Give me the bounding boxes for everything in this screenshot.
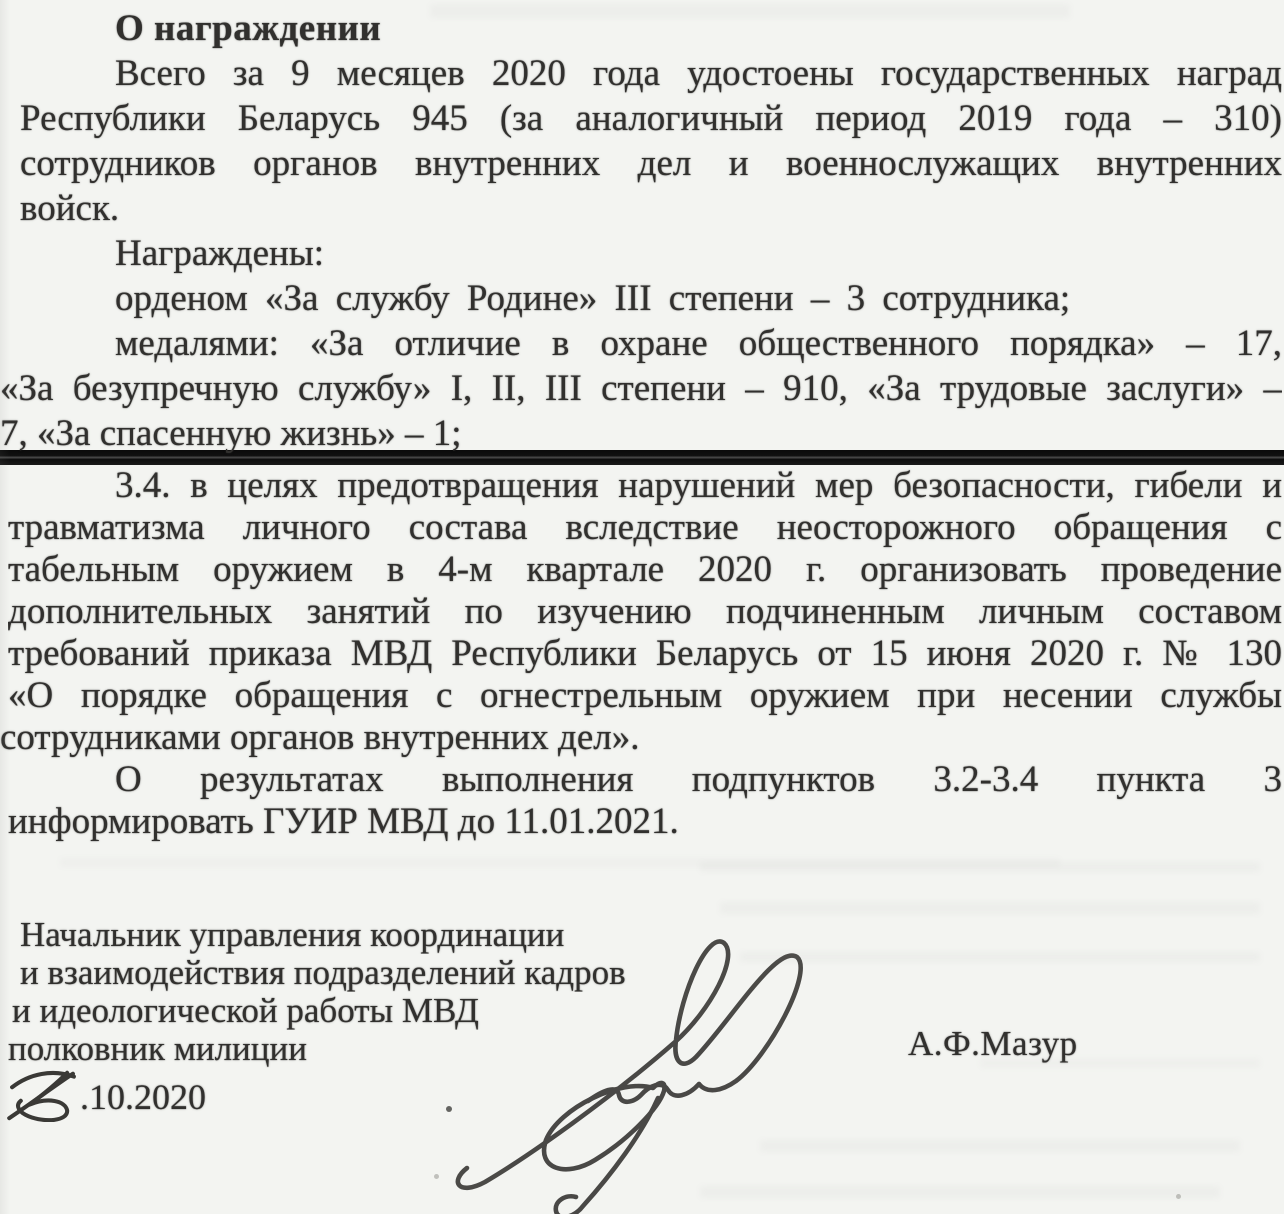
- document-page: О награждении Всего за 9 месяцев 2020 го…: [0, 0, 1284, 1214]
- text-line: и взаимодействия подразделений кадров: [20, 954, 1282, 992]
- text-line: сотрудников органов внутренних дел и вое…: [20, 141, 1282, 186]
- text-line: Награждены:: [20, 231, 1282, 276]
- date-row: .10.2020: [6, 1072, 1282, 1126]
- paragraph-awards-list: Награждены:орденом «За службу Родине» II…: [20, 231, 1282, 456]
- text-line: полковник милиции: [8, 1030, 1282, 1068]
- paragraph-awards-summary: Всего за 9 месяцев 2020 года удостоены г…: [20, 51, 1282, 231]
- text-line: 3.4. в целях предотвращения нарушений ме…: [20, 465, 1282, 507]
- text-line: информировать ГУИР МВД до 11.01.2021.: [8, 801, 1282, 843]
- text-line: травматизма личного состава вследствие н…: [8, 507, 1282, 549]
- text-line: сотрудниками органов внутренних дел».: [0, 717, 1282, 759]
- text-line: войск.: [20, 186, 1282, 231]
- text-line: табельным оружием в 4-м квартале 2020 г.…: [8, 549, 1282, 591]
- text-line: орденом «За службу Родине» III степени –…: [20, 276, 1282, 321]
- text-line: медалями: «За отличие в охране обществен…: [20, 321, 1282, 366]
- text-line: «О порядке обращения с огнестрельным ору…: [8, 675, 1282, 717]
- date-text: .10.2020: [80, 1072, 206, 1122]
- handwritten-day-5-icon: [6, 1066, 80, 1122]
- text-line: Начальник управления координации: [20, 916, 1282, 954]
- signature-title-lines: Начальник управления координациии взаимо…: [20, 916, 1282, 1068]
- signer-name: А.Ф.Мазур: [908, 1024, 1078, 1064]
- text-line: дополнительных занятий по изучению подчи…: [8, 591, 1282, 633]
- text-line: и идеологической работы МВД: [12, 992, 1282, 1030]
- text-line: требований приказа МВД Республики Белару…: [8, 633, 1282, 675]
- doc-heading-wrap: О награждении: [20, 6, 1282, 51]
- text-line: Всего за 9 месяцев 2020 года удостоены г…: [20, 51, 1282, 96]
- doc-heading: О награждении: [20, 6, 1282, 51]
- paragraph-reporting: О результатах выполнения подпунктов 3.2-…: [20, 759, 1282, 843]
- text-line: О результатах выполнения подпунктов 3.2-…: [20, 759, 1282, 801]
- signature-block: Начальник управления координациии взаимо…: [20, 916, 1282, 1126]
- paragraph-order-3-4: 3.4. в целях предотвращения нарушений ме…: [20, 465, 1282, 759]
- text-line: Республики Беларусь 945 (за аналогичный …: [20, 96, 1282, 141]
- text-line: «За безупречную службу» I, II, III степе…: [0, 366, 1282, 411]
